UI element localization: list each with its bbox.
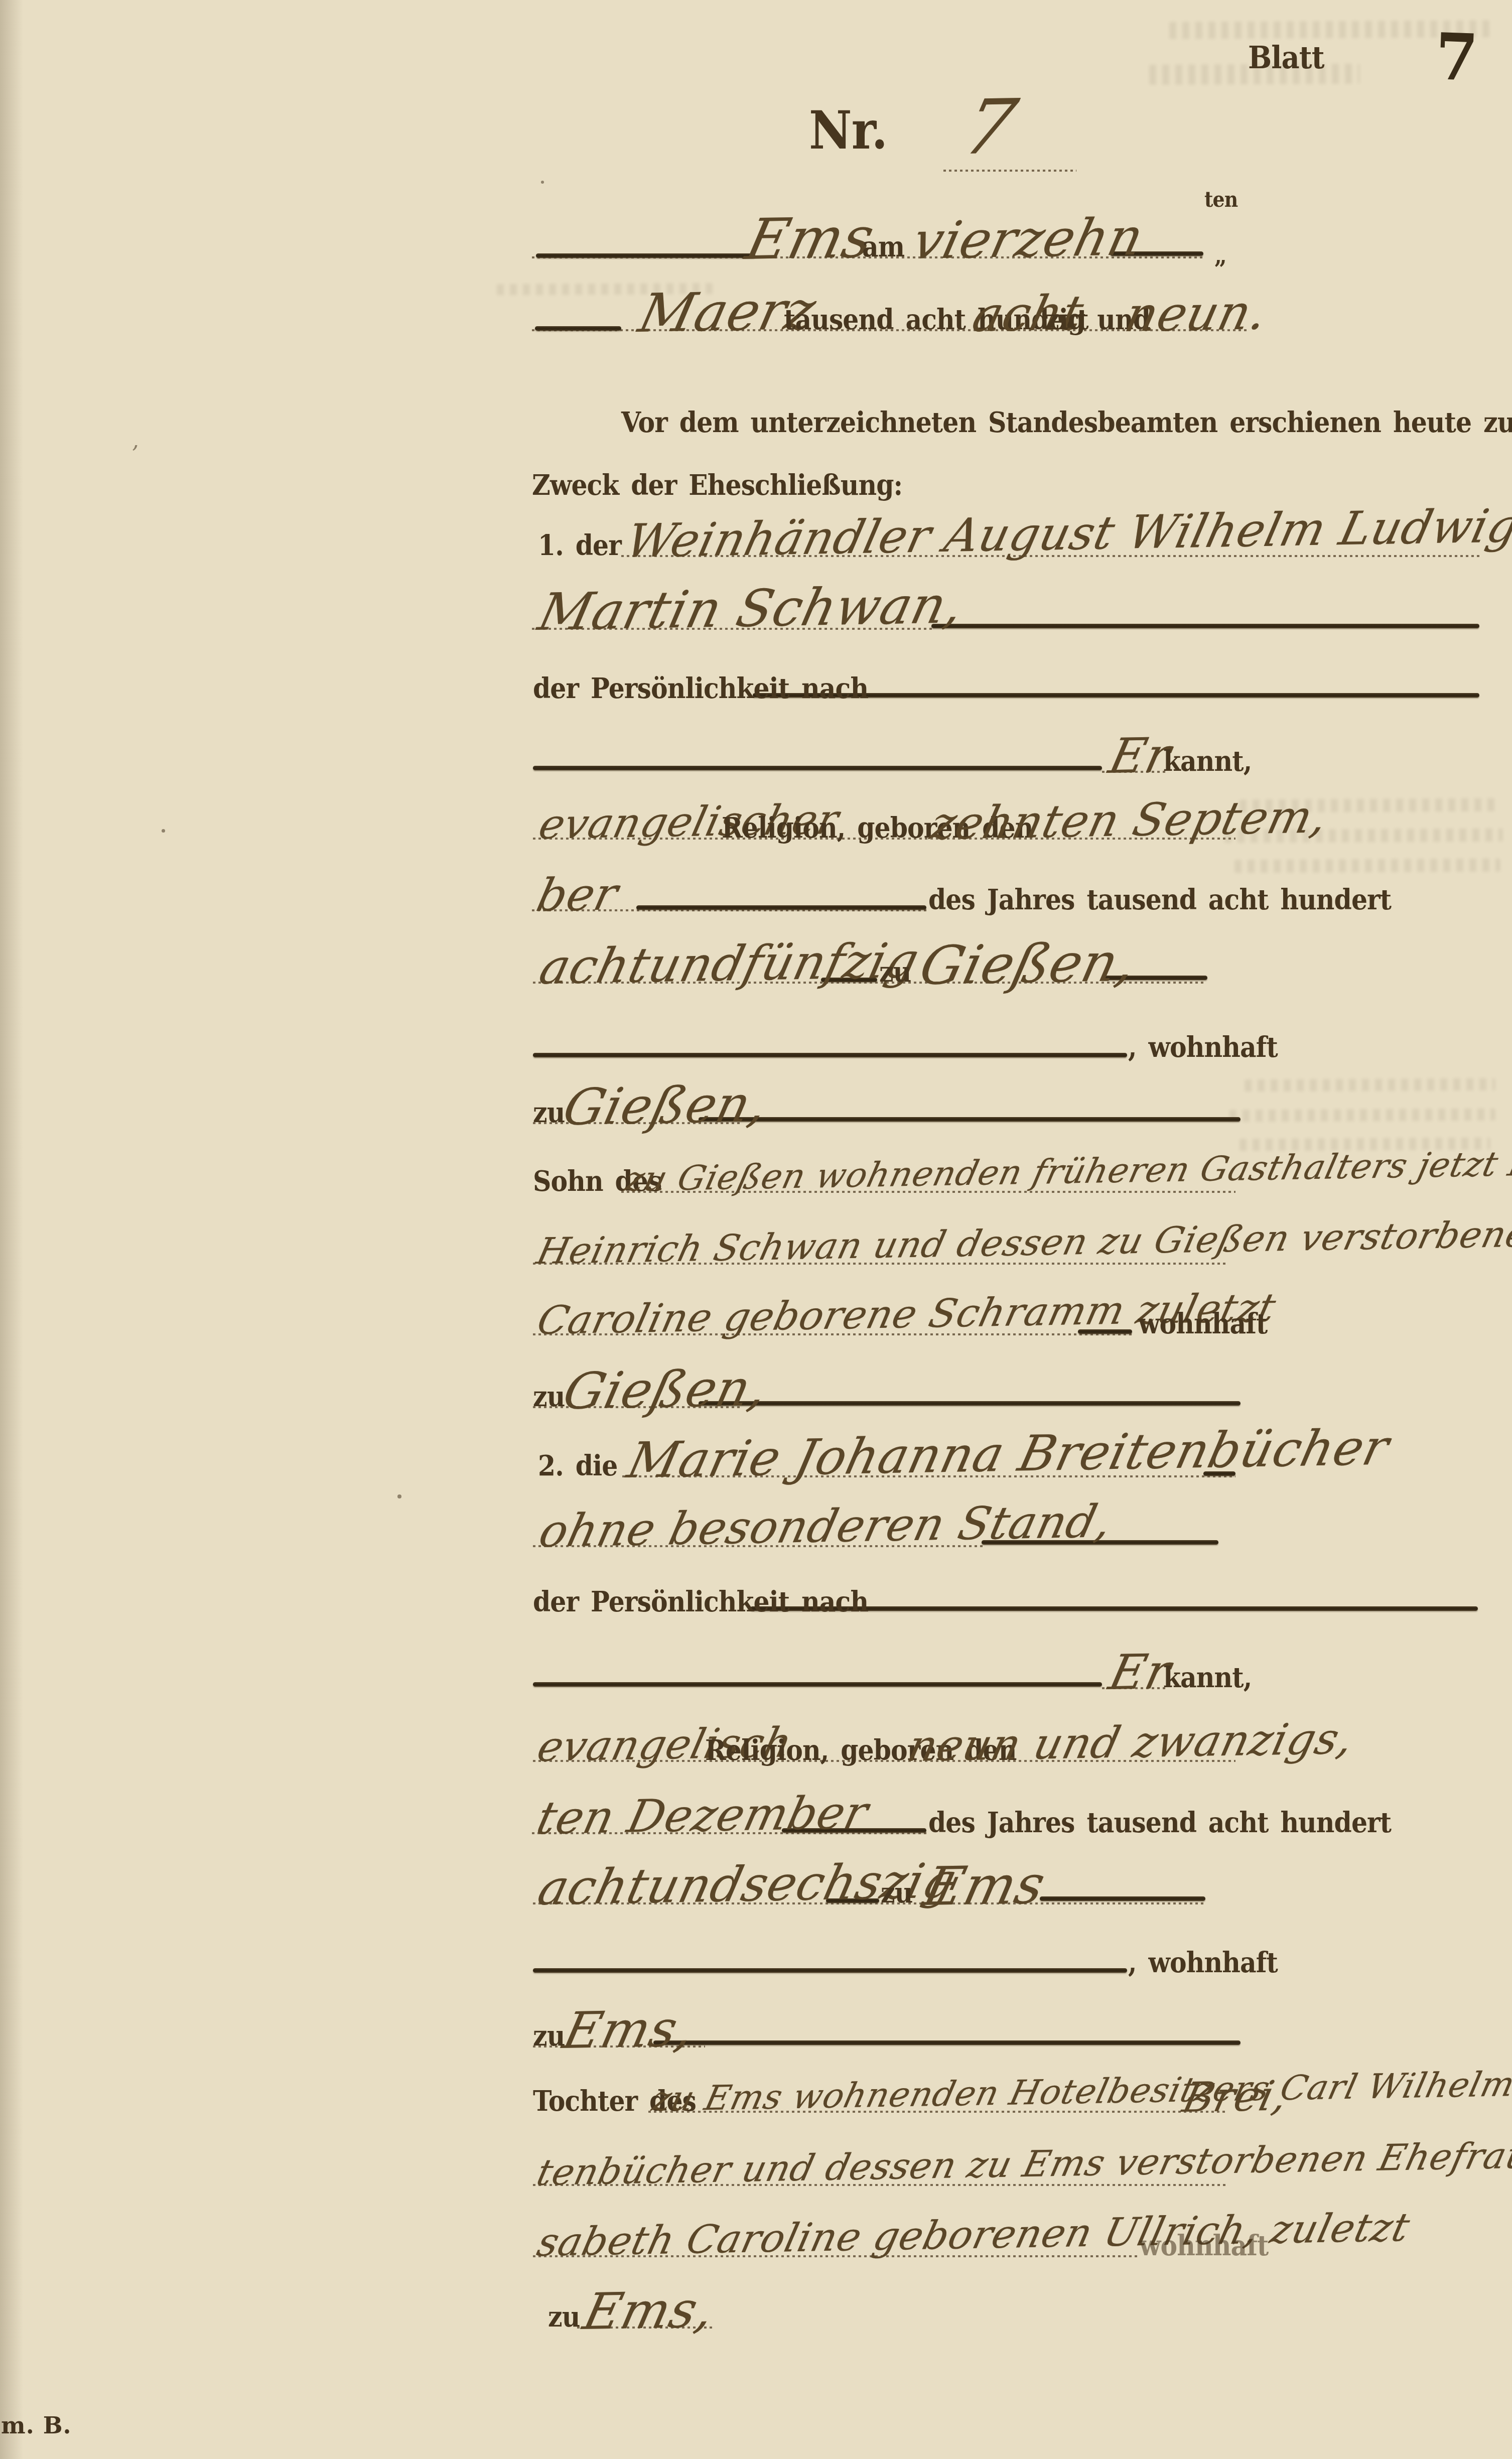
ink-strikeout — [699, 1401, 1241, 1406]
handwritten-entry: neun und zwanzigs, — [903, 1714, 1358, 1771]
printed-form-text: ten — [1204, 187, 1238, 212]
ink-strikeout — [533, 1968, 1127, 1973]
printed-form-text: wohnhaft — [1139, 2229, 1268, 2262]
ink-strikeout — [931, 624, 1479, 628]
handwritten-entry: Gießen, — [914, 931, 1142, 997]
ink-strikeout — [535, 326, 621, 331]
ink-strikeout — [636, 905, 926, 910]
printed-form-text: zu — [548, 2300, 580, 2334]
ink-speck — [541, 181, 544, 184]
record-number-label: Nr. — [809, 99, 887, 161]
ink-strikeout — [536, 253, 755, 258]
handwritten-entry: Martin Schwan, — [533, 575, 970, 642]
document-page: Blatt 7 Nr. 7 ’ Emsamvierzehnten„Maerzta… — [0, 0, 1512, 2459]
handwritten-entry: ber — [532, 868, 623, 922]
ink-strikeout — [533, 1682, 1102, 1687]
ink-speck — [162, 829, 165, 833]
scanned-marriage-record-page: { "document": { "header": { "blatt_label… — [0, 0, 1512, 2459]
bleedthrough-band — [1149, 64, 1360, 85]
handwritten-entry: ohne besonderen Stand, — [534, 1495, 1118, 1558]
handwritten-entry: Brei, — [1178, 2072, 1293, 2122]
handwritten-entry: Heinrich Schwan und dessen zu Gießen ver… — [533, 1209, 1512, 1272]
printed-form-text: zu — [881, 1876, 912, 1909]
printed-form-text: des Jahres tausend acht hundert — [928, 883, 1391, 916]
printed-form-text: Vor dem unterzeichneten Standesbeamten e… — [621, 406, 1512, 439]
printed-form-text: 2. die — [538, 1449, 617, 1482]
handwritten-entry: Weinhändler August Wilhelm Ludwig — [621, 499, 1512, 568]
handwritten-entry: Ems — [740, 205, 881, 272]
bleedthrough-band — [1229, 1109, 1495, 1122]
handwritten-entry: vierzehn — [907, 207, 1149, 271]
ink-strikeout — [653, 2040, 1241, 2045]
printed-form-text: am — [862, 230, 904, 263]
handwritten-entry: zu Gießen wohnenden früheren Gasthalters… — [621, 1140, 1512, 1199]
printed-form-text: kannt, — [1163, 1661, 1252, 1694]
handwritten-entry: zehnten Septem, — [926, 790, 1333, 850]
handwritten-entry: sabeth Caroline geborenen Ullrich, zulet… — [533, 2205, 1414, 2265]
printed-form-text: der Persönlichkeit nach — [533, 1585, 868, 1618]
printed-form-text: Zweck der Eheschließung: — [532, 469, 902, 502]
ink-strikeout — [699, 1117, 1241, 1122]
form-series-mark: m. B. — [1, 2412, 72, 2439]
bleedthrough-band — [1234, 859, 1500, 873]
stray-ink-mark: ’ — [131, 442, 139, 467]
handwritten-entry: Ems — [918, 1854, 1051, 1918]
printed-form-text: kannt, — [1163, 745, 1252, 778]
printed-form-text: zu — [533, 2019, 565, 2053]
handwritten-entry: ten Dezember — [532, 1787, 873, 1845]
handwritten-entry: Ems, — [558, 1999, 700, 2060]
record-number-rule — [943, 170, 1076, 172]
printed-form-text: zu — [533, 1096, 565, 1129]
handwritten-entry: Ems, — [578, 2280, 720, 2341]
printed-form-text: 1. der — [538, 529, 621, 562]
record-number-value: 7 — [956, 83, 1025, 172]
printed-form-text: „ — [1214, 242, 1226, 270]
handwritten-entry: Gießen, — [558, 1074, 773, 1137]
handwritten-entry: Marie Johanna Breitenbücher — [622, 1419, 1395, 1489]
handwritten-entry: Gießen, — [558, 1358, 773, 1421]
handwritten-entry: neun. — [1120, 284, 1273, 343]
ink-strikeout — [533, 1053, 1127, 1057]
handwritten-entry: achtundfünfzig — [534, 932, 924, 995]
printed-form-text: , wohnhaft — [1128, 1946, 1278, 1979]
printed-form-text: der Persönlichkeit nach — [533, 672, 868, 705]
ink-speck — [397, 1494, 401, 1498]
handwritten-entry: zu Ems wohnenden Hotelbesitzers Carl Wil… — [648, 2065, 1512, 2119]
printed-form-text: zu — [879, 955, 911, 989]
bleedthrough-band — [1169, 20, 1490, 39]
ink-strikeout — [533, 766, 1102, 770]
printed-form-text: wohnhaft — [1138, 1307, 1267, 1340]
bleedthrough-band — [1245, 1078, 1495, 1092]
handwritten-entry: tenbücher und dessen zu Ems verstorbenen… — [533, 2133, 1512, 2194]
printed-form-text: des Jahres tausend acht hundert — [928, 1806, 1391, 1839]
printed-form-text: zu — [533, 1380, 565, 1413]
ink-strikeout — [1040, 1896, 1205, 1901]
printed-form-text: , wohnhaft — [1128, 1031, 1278, 1064]
